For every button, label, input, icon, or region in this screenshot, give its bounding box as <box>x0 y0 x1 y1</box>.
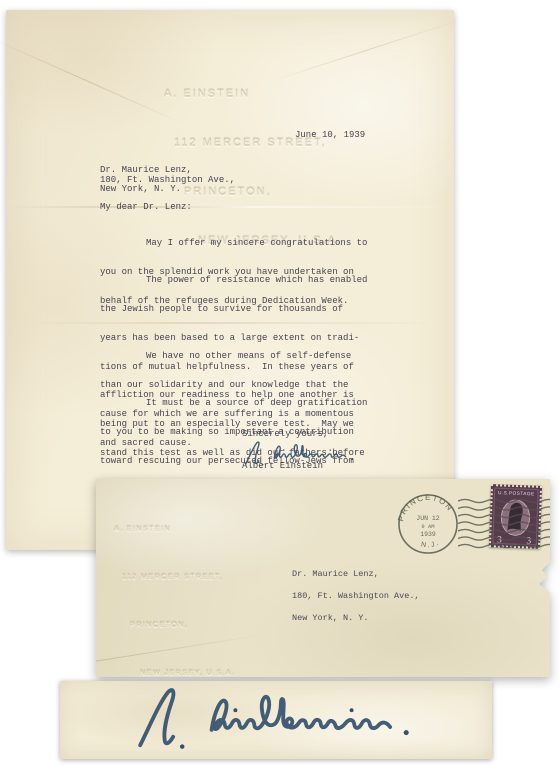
cancellation-wavy-lines <box>458 497 550 549</box>
recipient-line: Dr. Maurice Lenz, <box>100 165 192 175</box>
svg-text:N.J.: N.J. <box>420 539 441 549</box>
letter-sheet: A. EINSTEIN 112 MERCER STREET, PRINCETON… <box>6 10 454 550</box>
closing: Sincerely yours, <box>242 430 328 440</box>
photo-einstein-letter: A. EINSTEIN 112 MERCER STREET, PRINCETON… <box>0 0 560 767</box>
salutation: My dear Dr. Lenz: <box>100 203 192 213</box>
typed-signature-name: Albert Einstein <box>242 462 323 472</box>
postmark-date: JUN 12 <box>416 515 440 522</box>
postmark-state: N.J. <box>420 539 441 549</box>
paper-crease <box>0 35 187 125</box>
body-line: May I offer my sincere congratulations t… <box>100 239 390 249</box>
return-name: A. EINSTEIN <box>114 523 235 535</box>
body-line: It must be a source of deep gratificatio… <box>100 399 390 409</box>
return-state: NEW JERSEY, U.S.A. <box>114 667 235 679</box>
envelope-address-line: Dr. Maurice Lenz, <box>292 569 379 579</box>
envelope: A. EINSTEIN 112 MERCER STREET, PRINCETON… <box>96 479 550 677</box>
envelope-address-line: New York, N. Y. <box>292 613 369 623</box>
body-line: We have no other means of self-defense <box>100 352 390 362</box>
signature-closeup-strip: A. Einstein. <box>60 681 492 759</box>
recipient-line: 180, Ft. Washington Ave., <box>100 175 235 185</box>
return-city: PRINCETON, <box>114 619 235 631</box>
envelope-wrapper: A. EINSTEIN 112 MERCER STREET, PRINCETON… <box>96 479 550 677</box>
recipient-address: Dr. Maurice Lenz,180, Ft. Washington Ave… <box>100 166 235 195</box>
postmark-time: 9 AM <box>421 523 434 530</box>
signature-closeup: A. Einstein. <box>74 685 478 755</box>
recipient-line: New York, N. Y. <box>100 184 181 194</box>
letterhead-name: A. EINSTEIN <box>164 88 342 101</box>
body-line: The power of resistance which has enable… <box>100 276 390 286</box>
postmark-year: 1939 <box>420 531 436 538</box>
envelope-address-line: 180, Ft. Washington Ave., <box>292 591 420 601</box>
stamp-top-text: U.S.POSTAGE <box>498 490 535 496</box>
return-street: 112 MERCER STREET, <box>114 571 235 583</box>
body-line: the Jewish people to survive for thousan… <box>100 305 390 315</box>
envelope-address: Dr. Maurice Lenz,180, Ft. Washington Ave… <box>292 563 420 629</box>
postmark-stamp-circle: PRINCETON N.J. JUN 12 9 AM 1939 <box>396 492 460 556</box>
letter-date: June 10, 1939 <box>295 131 365 141</box>
